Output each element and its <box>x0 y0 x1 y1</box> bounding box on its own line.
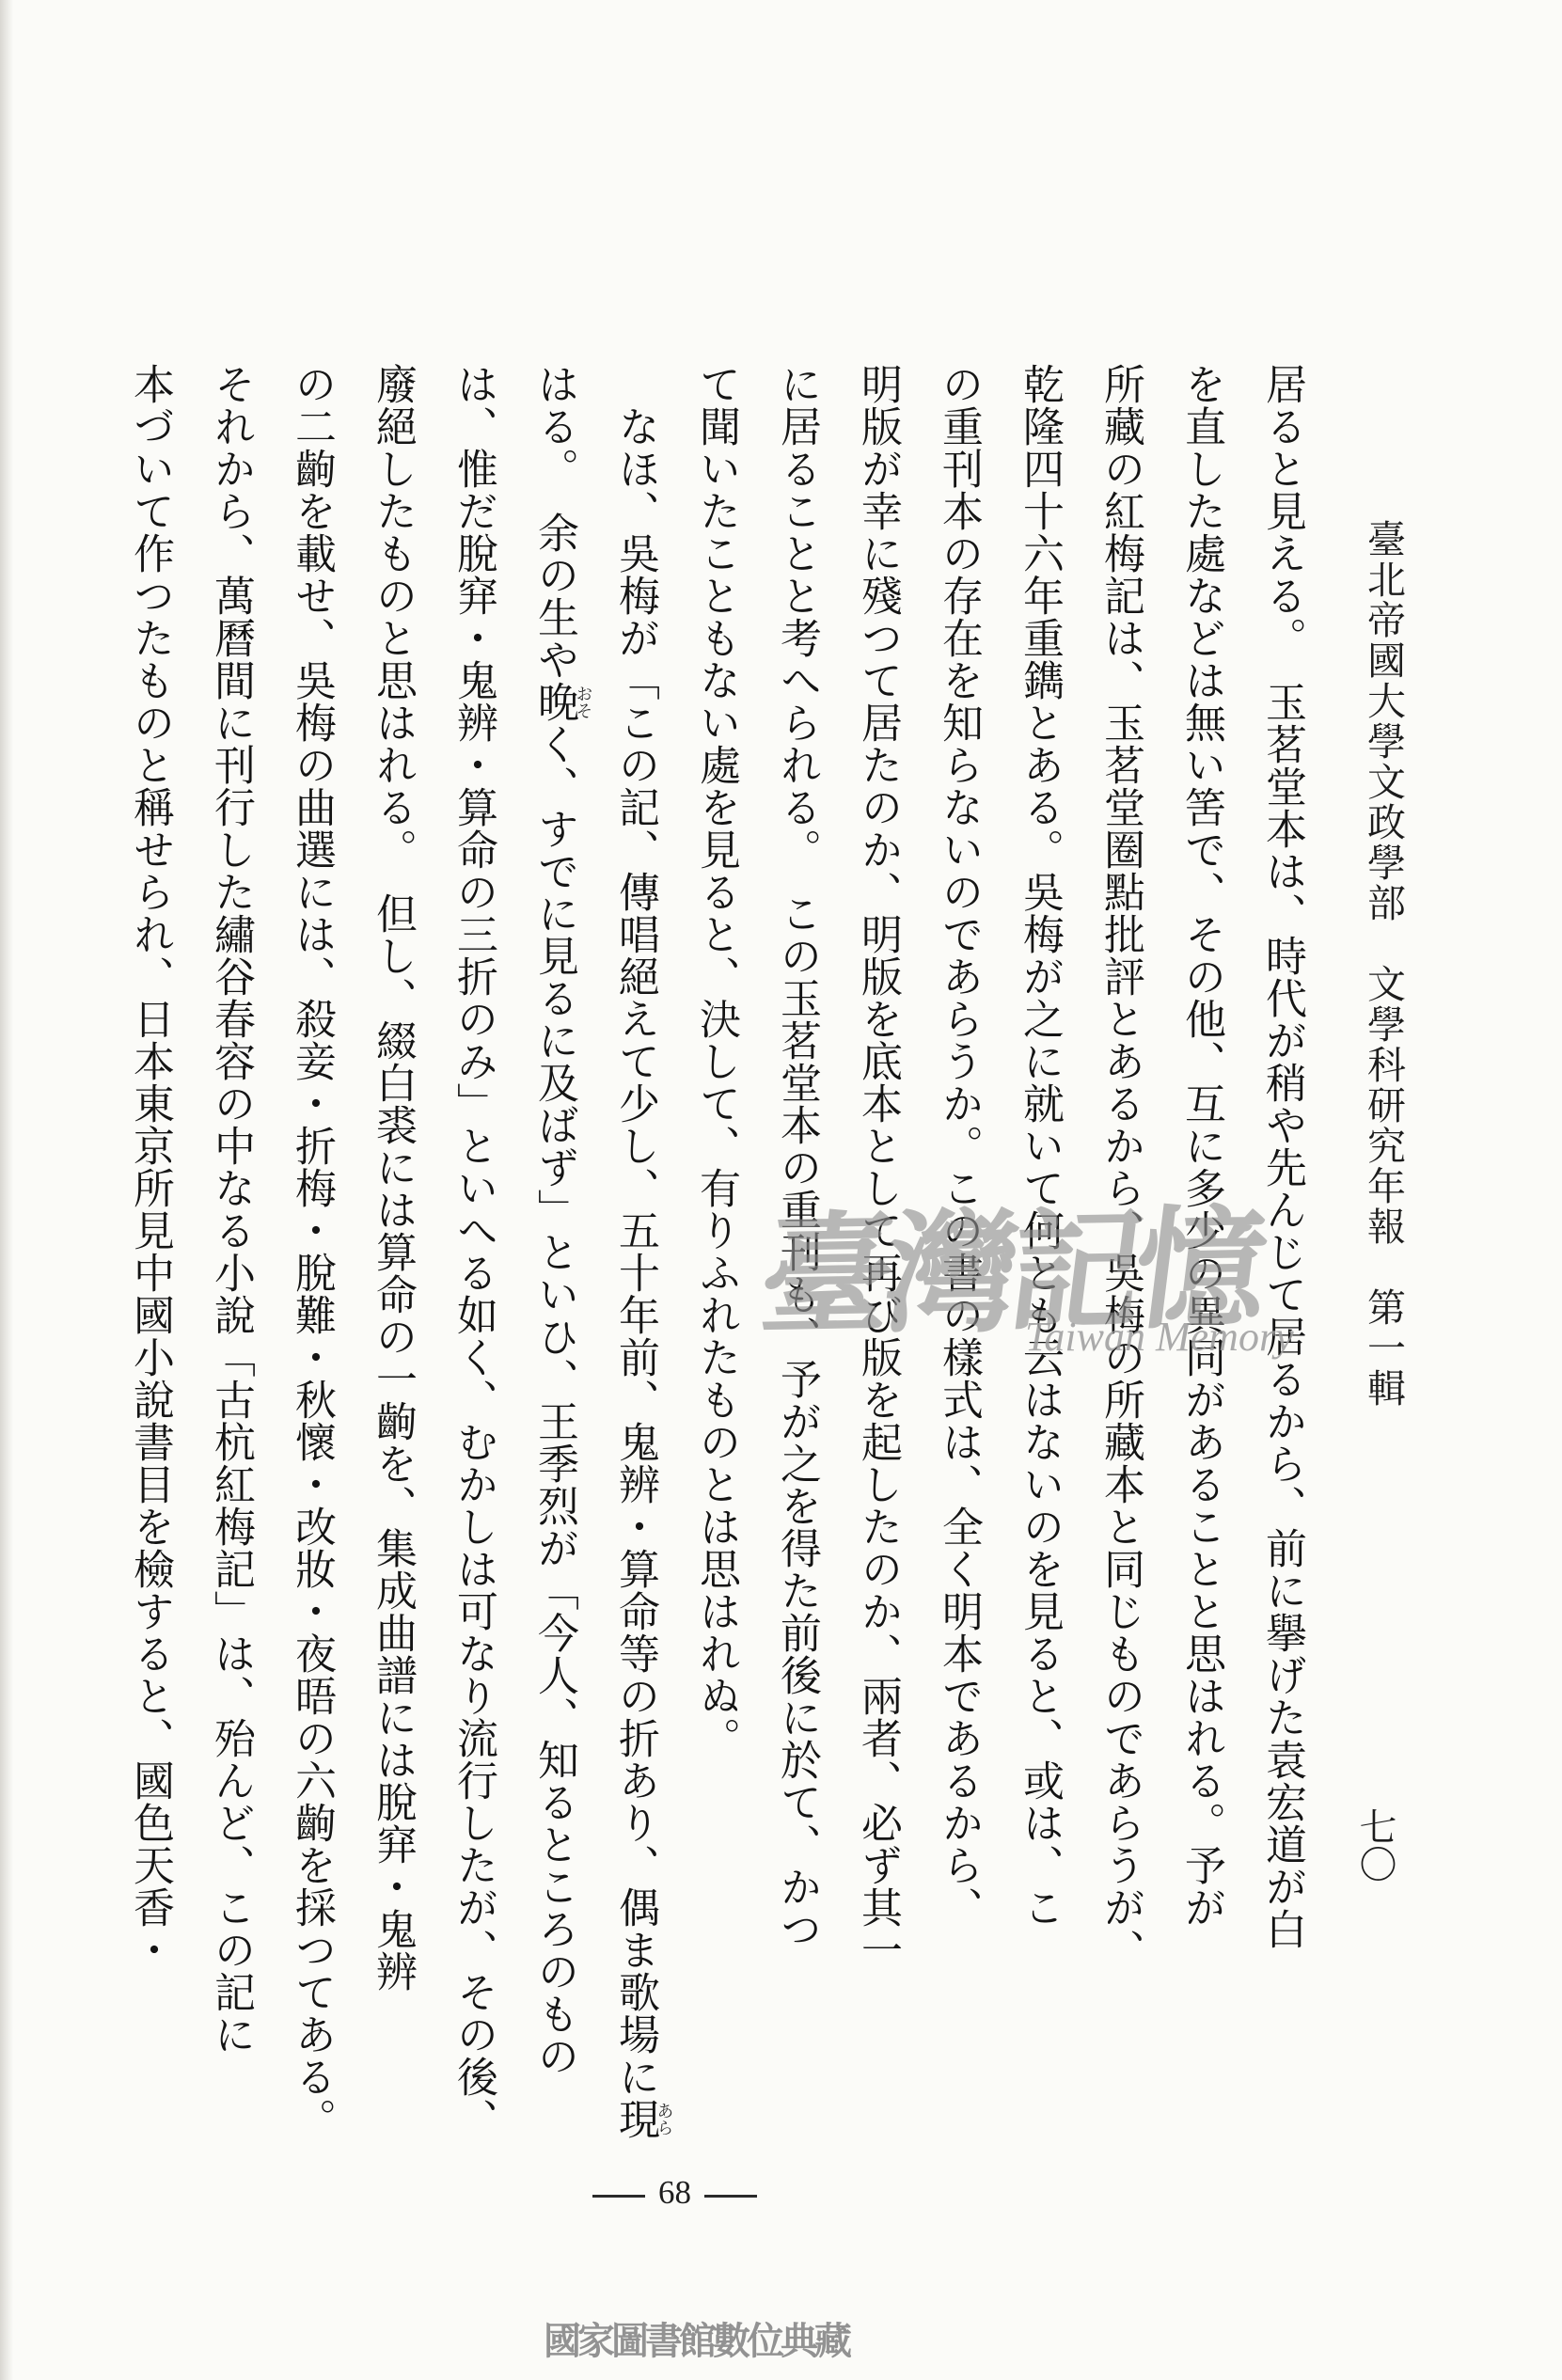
footer-dash-right <box>704 2195 757 2198</box>
text-column-13: の二齣を載せ、吳梅の曲選には、殺妾・折梅・脫難・秋懷・改妝・夜晤の六齣を採つてあ… <box>271 363 352 2150</box>
national-library-watermark: 國家圖書館數位典藏 <box>544 2311 848 2365</box>
text-column-15: 本づいて作つたものと稱せられ、日本東京所見中國小說書目を檢すると、國色天香・ <box>109 363 190 2150</box>
footer-folio: 68 <box>592 2180 757 2213</box>
page-number-kanji: 七〇 <box>1349 1807 1402 1883</box>
journal-title-header: 臺北帝國大學文政學部 文學科研究年報 第一輯 <box>1356 519 1412 1409</box>
footer-dash-left <box>592 2195 645 2198</box>
text-column-10: はる。 余の生や晚おそく、すでに見るに及ばず」といひ、王季烈が「今人、知るところ… <box>513 363 594 2150</box>
text-column-9: なほ、吳梅が「この記、傳唱絕えて少し、五十年前、鬼辨・算命等の折あり、偶ま歌場に… <box>594 363 675 2150</box>
scan-edge-shadow <box>0 0 13 2380</box>
text-column-8: て聞いたこともない處を見ると、決して、有りふれたものとは思はれぬ。 <box>675 363 756 2150</box>
text-column-14: それから、萬曆間に刊行した繡谷春容の中なる小說「古杭紅梅記」は、殆んど、この記に <box>190 363 271 2150</box>
text-column-11: は、惟だ脫穽・鬼辨・算命の三折のみ」といへる如く、むかしは可なり流行したが、その… <box>433 363 513 2150</box>
scanned-document-page: 臺北帝國大學文政學部 文學科研究年報 第一輯 七〇 居ると見える。 玉茗堂本は、… <box>0 0 1562 2380</box>
page-number-arabic: 68 <box>658 2176 691 2209</box>
text-column-12: 廢絕したものと思はれる。 但し、綴白裘には算命の一齣を、集成曲譜には脫穽・鬼辨 <box>352 363 433 2150</box>
taiwan-memory-watermark-latin: Taiwan Memory <box>1025 1313 1294 1361</box>
